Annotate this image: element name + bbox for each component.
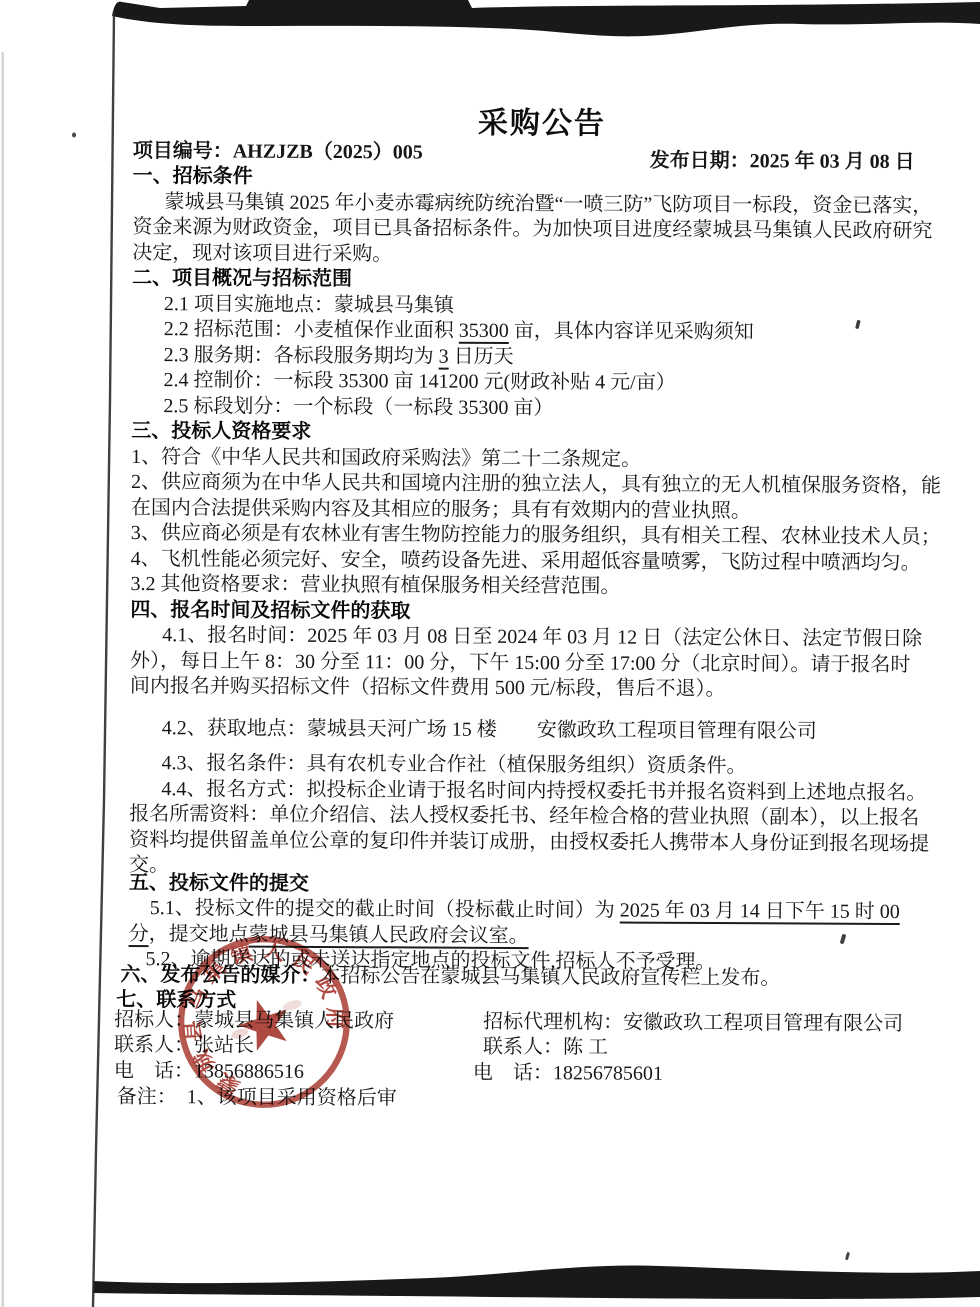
- obtain-location-line: 4.2、获取地点：蒙城县天河广场 15 楼 安徽政玖工程项目管理有限公司: [130, 715, 960, 745]
- underlined-days-value: 3: [439, 345, 449, 369]
- contact-right-column: 招标代理机构：安徽政玖工程项目管理有限公司 联系人：陈 工 电 话：182567…: [483, 1009, 958, 1089]
- section-3-heading: 三、投标人资格要求: [131, 419, 961, 449]
- text-segment: 亩，具体内容详见采购须知: [509, 320, 754, 343]
- ink-speck: [72, 133, 76, 138]
- section-6-text: 本招标公告在蒙城县马集镇人民政府宣传栏上发布。: [320, 964, 780, 988]
- text-segment: ，提交地点: [149, 923, 249, 946]
- registration-time-line-3: 间内报名并购买招标文件（招标文件费用 500 元/标段，售后不退）。: [130, 674, 960, 704]
- agency-contact-person: 联系人：陈 工: [483, 1035, 958, 1063]
- underlined-area-value: 35300: [459, 320, 509, 344]
- underlined-submission-place: 蒙城县马集镇人民政府会议室。: [249, 923, 529, 948]
- registration-time-line-1: 4.1、报名时间：2025 年 03 月 08 日至 2024 年 03 月 1…: [130, 623, 960, 653]
- contact-left-column: 招标人：蒙城县马集镇人民政府 联系人：张站长 电 话：13856886516: [114, 1007, 483, 1086]
- contact-info-grid: 招标人：蒙城县马集镇人民政府 联系人：张站长 电 话：13856886516 招…: [114, 1007, 958, 1088]
- underlined-deadline-date: 2025 年 03 月 14 日下午 15 时 00: [620, 900, 900, 925]
- item-bid-scope: 2.2 招标范围：小麦植保作业面积 35300 亩，具体内容详见采购须知: [132, 317, 962, 347]
- qualification-line-6: 3.2 其他资格要求：营业执照有植保服务相关经营范围。: [130, 572, 960, 602]
- text-segment: 5.1、投标文件的提交的截止时间（投标截止时间）为: [150, 897, 620, 921]
- scanner-left-strip: [2, 52, 4, 1307]
- bidder-phone: 电 话：13856886516: [114, 1059, 483, 1087]
- section-2-heading: 二、项目概况与招标范围: [132, 266, 962, 296]
- item-control-price: 2.4 控制价：一标段 35300 亩 141200 元(财政补贴 4 元/亩）: [131, 368, 961, 398]
- qualification-line-4: 3、供应商必须是有农林业有害生物防控能力的服务组织，具有相关工程、农林业技术人员…: [131, 521, 961, 551]
- ink-speck: [845, 1252, 850, 1261]
- scan-artifact-top-band: [112, 0, 980, 36]
- publish-date: 发布日期：2025 年 03 月 08 日: [650, 148, 915, 175]
- agency-phone: 电 话：18256785601: [473, 1061, 958, 1089]
- section-1-line-2: 资金来源为财政资金，项目已具备招标条件。为加快项目进度经蒙城县马集镇人民政府研究: [132, 215, 962, 245]
- registration-method-line-3: 资料均提供留盖单位公章的复印件并装订成册，由授权委托人携带本人身份证到报名现场提: [129, 827, 959, 857]
- announcement-document: 采购公告 项目编号：AHZJZB（2025）005 发布日期：2025 年 03…: [128, 105, 963, 1114]
- text-segment: 2.3 服务期：各标段服务期均为: [164, 344, 439, 367]
- doc-title: 采购公告: [133, 105, 951, 142]
- underlined-deadline-minute: 分: [129, 922, 149, 946]
- bidder-name: 招标人：蒙城县马集镇人民政府: [114, 1007, 483, 1035]
- registration-method-line-2: 报名所需资料：单位介绍信、法人授权委托书、经年检合格的营业执照（副本），以上报名: [129, 802, 959, 832]
- section-6-line: 六、发布公告的媒介：本招标公告在蒙城县马集镇人民政府宣传栏上发布。: [120, 962, 958, 992]
- page-edge-line: [93, 12, 114, 1307]
- scan-artifact-bottom-band: [93, 1265, 980, 1298]
- section-6-heading: 六、发布公告的媒介：: [120, 963, 320, 986]
- bidder-contact-person: 联系人：张站长: [114, 1033, 483, 1061]
- meta-row: 项目编号：AHZJZB（2025）005 发布日期：2025 年 03 月 08…: [133, 138, 963, 168]
- qualification-line-2: 2、供应商须为在中华人民共和国境内注册的独立法人，具有独立的无人机植保服务资格，…: [131, 470, 961, 500]
- remark-line: 备注： 1、该项目采用资格后审: [117, 1084, 958, 1114]
- registration-condition-line: 4.3、报名条件：具有农机专业合作社（植保服务组织）资质条件。: [129, 751, 959, 781]
- agency-name: 招标代理机构：安徽政玖工程项目管理有限公司: [483, 1009, 958, 1037]
- text-segment: 2.2 招标范围：小麦植保作业面积: [164, 318, 459, 342]
- text-segment: 日历天: [449, 345, 514, 367]
- submission-deadline-line-1: 5.1、投标文件的提交的截止时间（投标截止时间）为 2025 年 03 月 14…: [129, 896, 959, 926]
